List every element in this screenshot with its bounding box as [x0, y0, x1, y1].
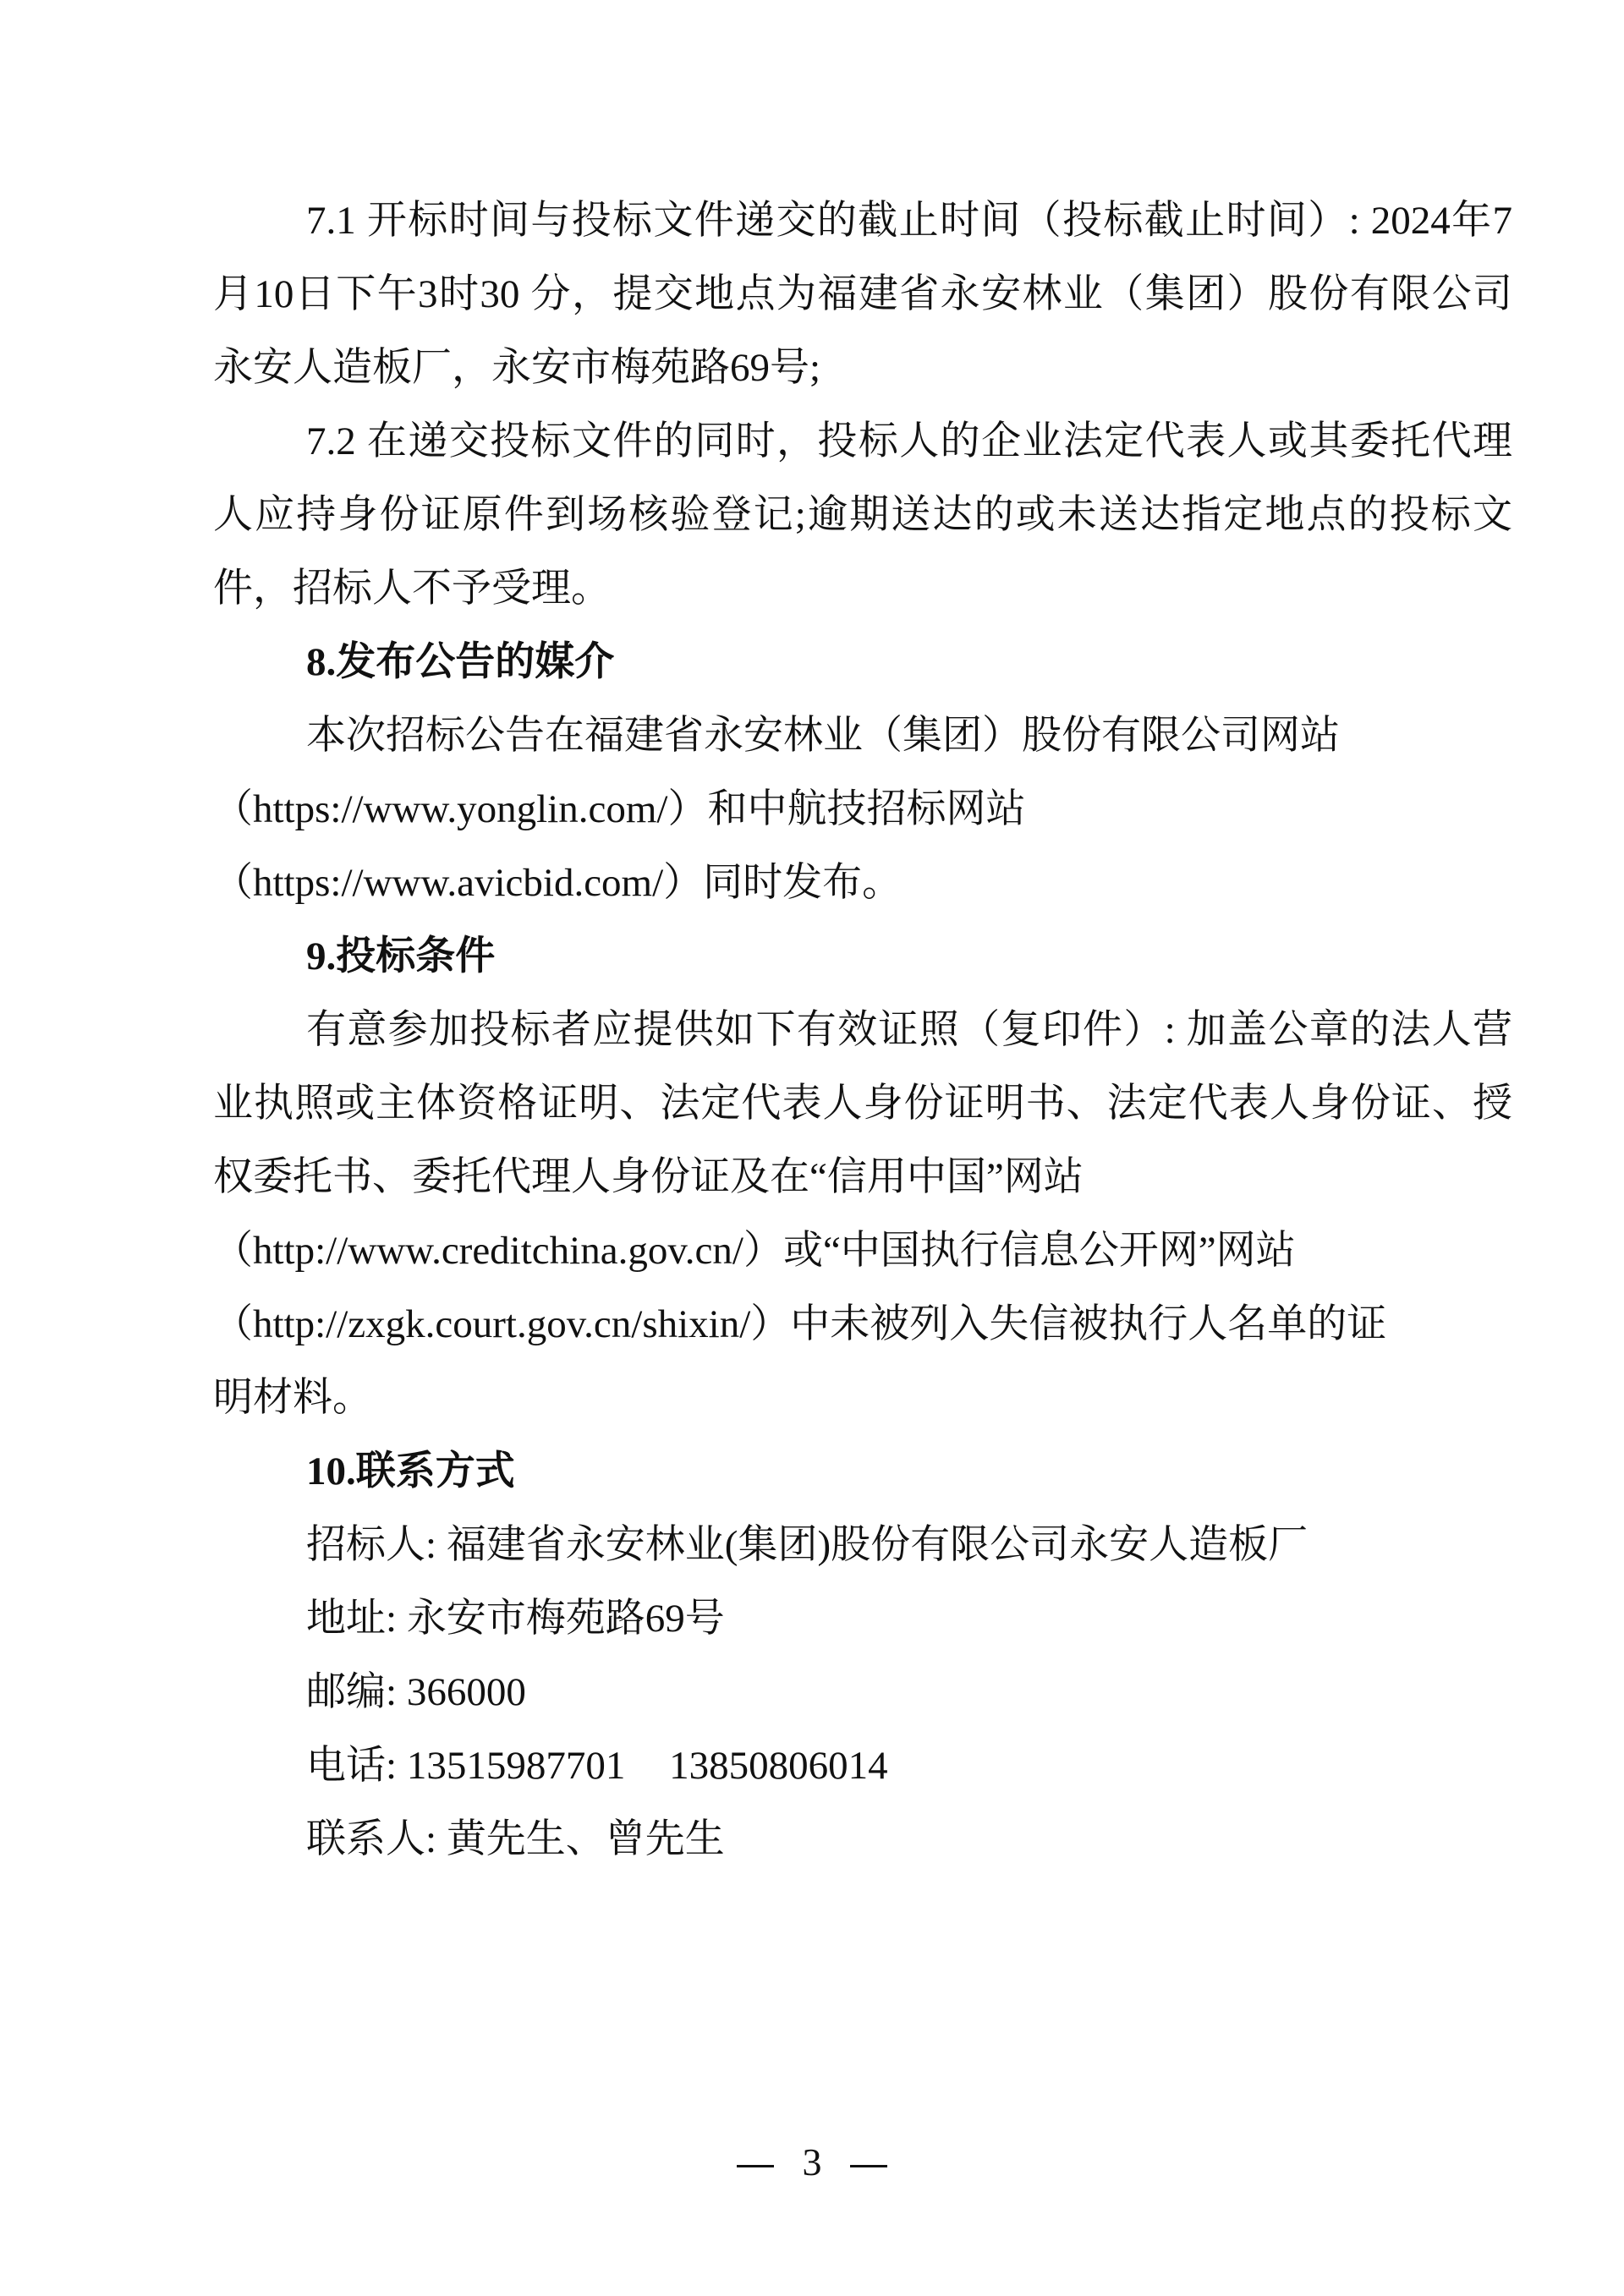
tenderer-value: 福建省永安林业(集团)股份有限公司永安人造板厂: [447, 1523, 1308, 1567]
page-footer: 3: [0, 2140, 1624, 2184]
section-8-line3: （https://www.avicbid.com/）同时发布。: [213, 847, 1512, 920]
section-8-line2: （https://www.yonglin.com/）和中航技招标网站: [213, 773, 1512, 847]
section-9-heading: 9.投标条件: [213, 920, 1512, 994]
footer-dash-left: [737, 2165, 774, 2167]
tenderer-line: 招标人: 福建省永安林业(集团)股份有限公司永安人造板厂: [213, 1509, 1512, 1582]
address-value: 永安市梅苑路69号: [407, 1597, 725, 1641]
section-8-heading: 8.发布公告的媒介: [213, 626, 1512, 699]
page-number: 3: [803, 2140, 822, 2184]
address-line: 地址: 永安市梅苑路69号: [213, 1582, 1512, 1656]
contact-value: 黄先生、曾先生: [447, 1817, 725, 1861]
tenderer-label: 招标人:: [306, 1523, 436, 1567]
phone-line: 电话: 13515987701 13850806014: [213, 1729, 1512, 1803]
phone-1: 13515987701: [407, 1744, 626, 1788]
postcode-value: 366000: [407, 1670, 526, 1714]
section-7-1: 7.1 开标时间与投标文件递交的截止时间（投标截止时间）: 2024年7月10日…: [213, 184, 1512, 405]
document-page: 7.1 开标时间与投标文件递交的截止时间（投标截止时间）: 2024年7月10日…: [213, 184, 1512, 1877]
section-8-line1: 本次招标公告在福建省永安林业（集团）股份有限公司网站: [213, 699, 1512, 773]
address-label: 地址:: [306, 1597, 397, 1641]
postcode-label: 邮编:: [306, 1670, 397, 1714]
section-9-end: 明材料。: [213, 1362, 1512, 1435]
section-9-url1: （http://www.creditchina.gov.cn/）或“中国执行信息…: [213, 1214, 1512, 1288]
section-9-body: 有意参加投标者应提供如下有效证照（复印件）: 加盖公章的法人营业执照或主体资格证…: [213, 994, 1512, 1214]
phone-label: 电话:: [306, 1744, 397, 1788]
section-10-heading: 10.联系方式: [213, 1435, 1512, 1509]
postcode-line: 邮编: 366000: [213, 1656, 1512, 1729]
contact-person-line: 联系人: 黄先生、曾先生: [213, 1803, 1512, 1877]
phone-2: 13850806014: [669, 1744, 888, 1788]
contact-label: 联系人:: [306, 1817, 436, 1861]
section-7-2: 7.2 在递交投标文件的同时，投标人的企业法定代表人或其委托代理人应持身份证原件…: [213, 405, 1512, 626]
section-9-url2: （http://zxgk.court.gov.cn/shixin/）中未被列入失…: [213, 1288, 1512, 1362]
footer-dash-right: [850, 2165, 887, 2167]
